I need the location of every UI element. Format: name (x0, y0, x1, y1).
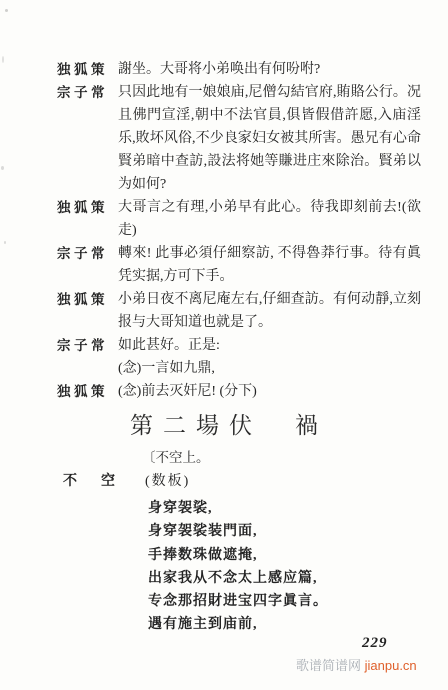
performance-tag: (数板) (145, 473, 190, 491)
book-page: 独狐策 謝坐。大哥将小弟唤出有何吩咐? 宗子常 只因此地有一娘娘庙,尼僧勾結官府… (0, 0, 448, 690)
speaker-name: 宗子常 (57, 334, 118, 357)
scan-speck (4, 241, 6, 244)
speaker-name: 宗子常 (57, 242, 118, 265)
speaker-name: 独狐策 (57, 58, 118, 81)
dialogue-row: 独狐策 (念)前去灭奸尼! (分下) (57, 380, 423, 403)
section-title: 第二場伏 禍 (0, 407, 448, 440)
dialogue-row: (念)一言如九鼎, (57, 357, 423, 380)
dialogue-row: 宗子常 只因此地有一娘娘庙,尼僧勾結官府,賄賂公行。况且佛門宣淫,朝中不法官員,… (57, 81, 423, 196)
watermark: 歌谱简谱网 jianpu.cn (296, 655, 417, 674)
verse-header: 不 空 (数板) (63, 473, 190, 491)
speaker-name: 不 空 (63, 473, 145, 491)
dialogue-row: 宗子常 轉來! 此事必須仔細察訪, 不得魯莽行事。待有眞凭实据,方可下手。 (57, 242, 423, 288)
verse-line: 专念那招財进宝四字眞言。 (148, 590, 328, 613)
watermark-url: jianpu.cn (365, 658, 417, 673)
stage-direction: 〔不空上。 (142, 450, 210, 466)
dialogue-text: 轉來! 此事必須仔細察訪, 不得魯莽行事。待有眞凭实据,方可下手。 (118, 242, 421, 288)
verse-line: 身穿袈裟装門面, (148, 520, 328, 543)
verse-line: 手捧数珠做遮掩, (148, 544, 328, 567)
dialogue-text: (念)一言如九鼎, (118, 357, 421, 380)
dialogue-text: 小弟日夜不离尼庵左右,仔細查訪。有何动靜,立刻报与大哥知道也就是了。 (118, 288, 421, 334)
dialogue-text: 只因此地有一娘娘庙,尼僧勾結官府,賄賂公行。况且佛門宣淫,朝中不法官員,俱皆假借… (118, 81, 421, 196)
speaker-name: 独狐策 (57, 196, 118, 219)
dialogue-text: 謝坐。大哥将小弟唤出有何吩咐? (118, 58, 421, 81)
watermark-site-name: 歌谱简谱网 (296, 658, 365, 673)
dialogue-row: 独狐策 小弟日夜不离尼庵左右,仔細查訪。有何动靜,立刻报与大哥知道也就是了。 (57, 288, 423, 334)
scan-speck (5, 9, 8, 12)
verse-block: 身穿袈裟, 身穿袈裟装門面, 手捧数珠做遮掩, 出家我从不念太上感应篇, 专念那… (148, 497, 328, 637)
dialogue-row: 独狐策 謝坐。大哥将小弟唤出有何吩咐? (57, 58, 423, 81)
dialogue-list: 独狐策 謝坐。大哥将小弟唤出有何吩咐? 宗子常 只因此地有一娘娘庙,尼僧勾結官府… (57, 58, 423, 403)
verse-line: 出家我从不念太上感应篇, (148, 567, 328, 590)
speaker-name: 宗子常 (57, 81, 118, 104)
verse-line: 身穿袈裟, (148, 497, 328, 520)
dialogue-row: 独狐策 大哥言之有理,小弟早有此心。待我即刻前去!(欲走) (57, 196, 423, 242)
page-number: 229 (362, 635, 388, 652)
scan-speck (1, 166, 4, 170)
scan-speck (2, 56, 4, 63)
dialogue-text: 大哥言之有理,小弟早有此心。待我即刻前去!(欲走) (118, 196, 421, 242)
dialogue-text: 如此甚好。正是: (118, 334, 421, 357)
speaker-name: 独狐策 (57, 288, 118, 311)
dialogue-row: 宗子常 如此甚好。正是: (57, 334, 423, 357)
speaker-name: 独狐策 (57, 380, 118, 403)
dialogue-text: (念)前去灭奸尼! (分下) (118, 380, 421, 403)
verse-line: 遇有施主到庙前, (148, 613, 328, 636)
